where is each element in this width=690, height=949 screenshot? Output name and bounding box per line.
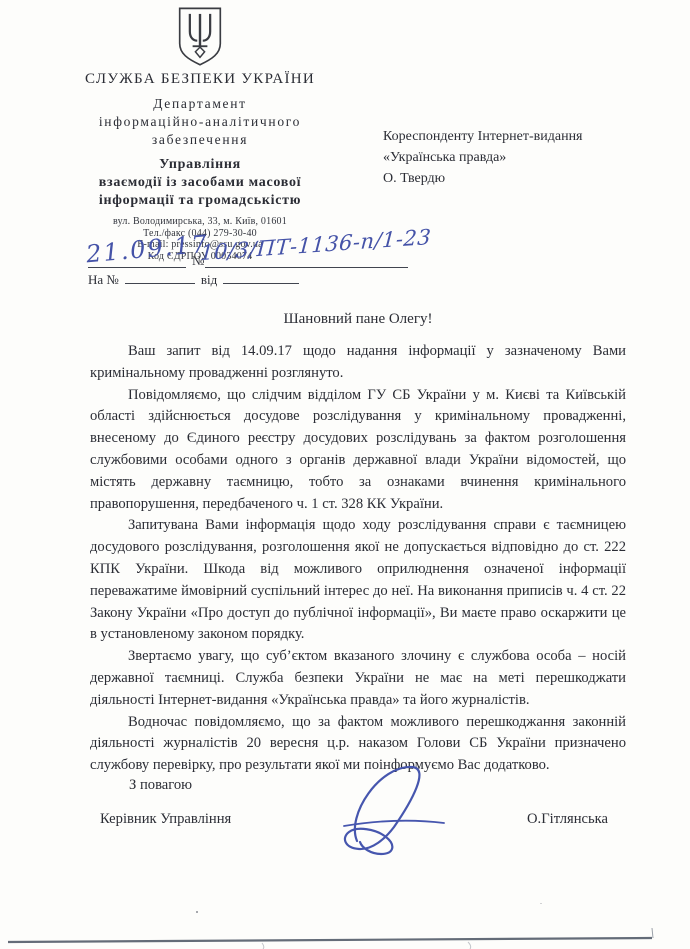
scan-speck bbox=[540, 903, 542, 904]
signer-position: Керівник Управління bbox=[100, 811, 231, 828]
recipient-line: О. Твердю bbox=[383, 168, 583, 189]
division-line: Управління bbox=[40, 156, 360, 174]
department-name: Департамент інформаційно-аналітичного за… bbox=[40, 95, 360, 149]
signer-name: О.Гітлянська bbox=[527, 811, 608, 828]
reply-number-blank bbox=[125, 271, 195, 284]
ref-number-underline bbox=[205, 267, 408, 268]
regards-line: З повагою bbox=[129, 777, 192, 794]
body-paragraph: Повідомляємо, що слідчим відділом ГУ СБ … bbox=[90, 385, 626, 516]
outgoing-reference-row: № 21.09.17 10/3/ПТ-1136-п/1-23 bbox=[88, 238, 428, 272]
reply-date-blank bbox=[223, 271, 299, 284]
letterhead: СЛУЖБА БЕЗПЕКИ УКРАЇНИ Департамент інфор… bbox=[40, 6, 360, 262]
contact-address: вул. Володимирська, 33, м. Київ, 01601 bbox=[40, 216, 360, 228]
division-line: інформації та громадськістю bbox=[40, 192, 360, 210]
recipient-line: Кореспонденту Інтернет-видання bbox=[383, 126, 583, 147]
ref-date-underline bbox=[88, 267, 186, 268]
department-line: забезпечення bbox=[40, 131, 360, 149]
signature-row: Керівник Управління О.Гітлянська bbox=[100, 811, 608, 828]
reply-reference-row: На №від bbox=[88, 271, 299, 288]
body-paragraph: Звертаємо увагу, що суб’єктом вказаного … bbox=[90, 646, 626, 711]
ukraine-tryzub-emblem-icon bbox=[176, 6, 224, 68]
scanned-letter-page: СЛУЖБА БЕЗПЕКИ УКРАЇНИ Департамент інфор… bbox=[0, 0, 690, 949]
recipient-block: Кореспонденту Інтернет-видання «Українсь… bbox=[383, 126, 583, 189]
recipient-line: «Українська правда» bbox=[383, 147, 583, 168]
org-name: СЛУЖБА БЕЗПЕКИ УКРАЇНИ bbox=[40, 71, 360, 88]
scan-speck bbox=[196, 911, 198, 913]
scan-edge-artifact bbox=[0, 925, 690, 949]
reply-from-label: від bbox=[201, 272, 217, 287]
body-paragraph: Водночас повідомляємо, що за фактом можл… bbox=[90, 712, 626, 777]
department-line: Департамент bbox=[40, 95, 360, 113]
body-paragraph: Запитувана Вами інформація щодо ходу роз… bbox=[90, 515, 626, 646]
division-line: взаємодії із засобами масової bbox=[40, 174, 360, 192]
salutation: Шановний пане Олегу! bbox=[90, 311, 626, 328]
body-paragraph: Ваш запит від 14.09.17 щодо надання інфо… bbox=[90, 341, 626, 385]
department-line: інформаційно-аналітичного bbox=[40, 113, 360, 131]
letter-body: Ваш запит від 14.09.17 щодо надання інфо… bbox=[90, 341, 626, 777]
reply-prefix-label: На № bbox=[88, 272, 119, 287]
division-name: Управління взаємодії із засобами масової… bbox=[40, 156, 360, 210]
